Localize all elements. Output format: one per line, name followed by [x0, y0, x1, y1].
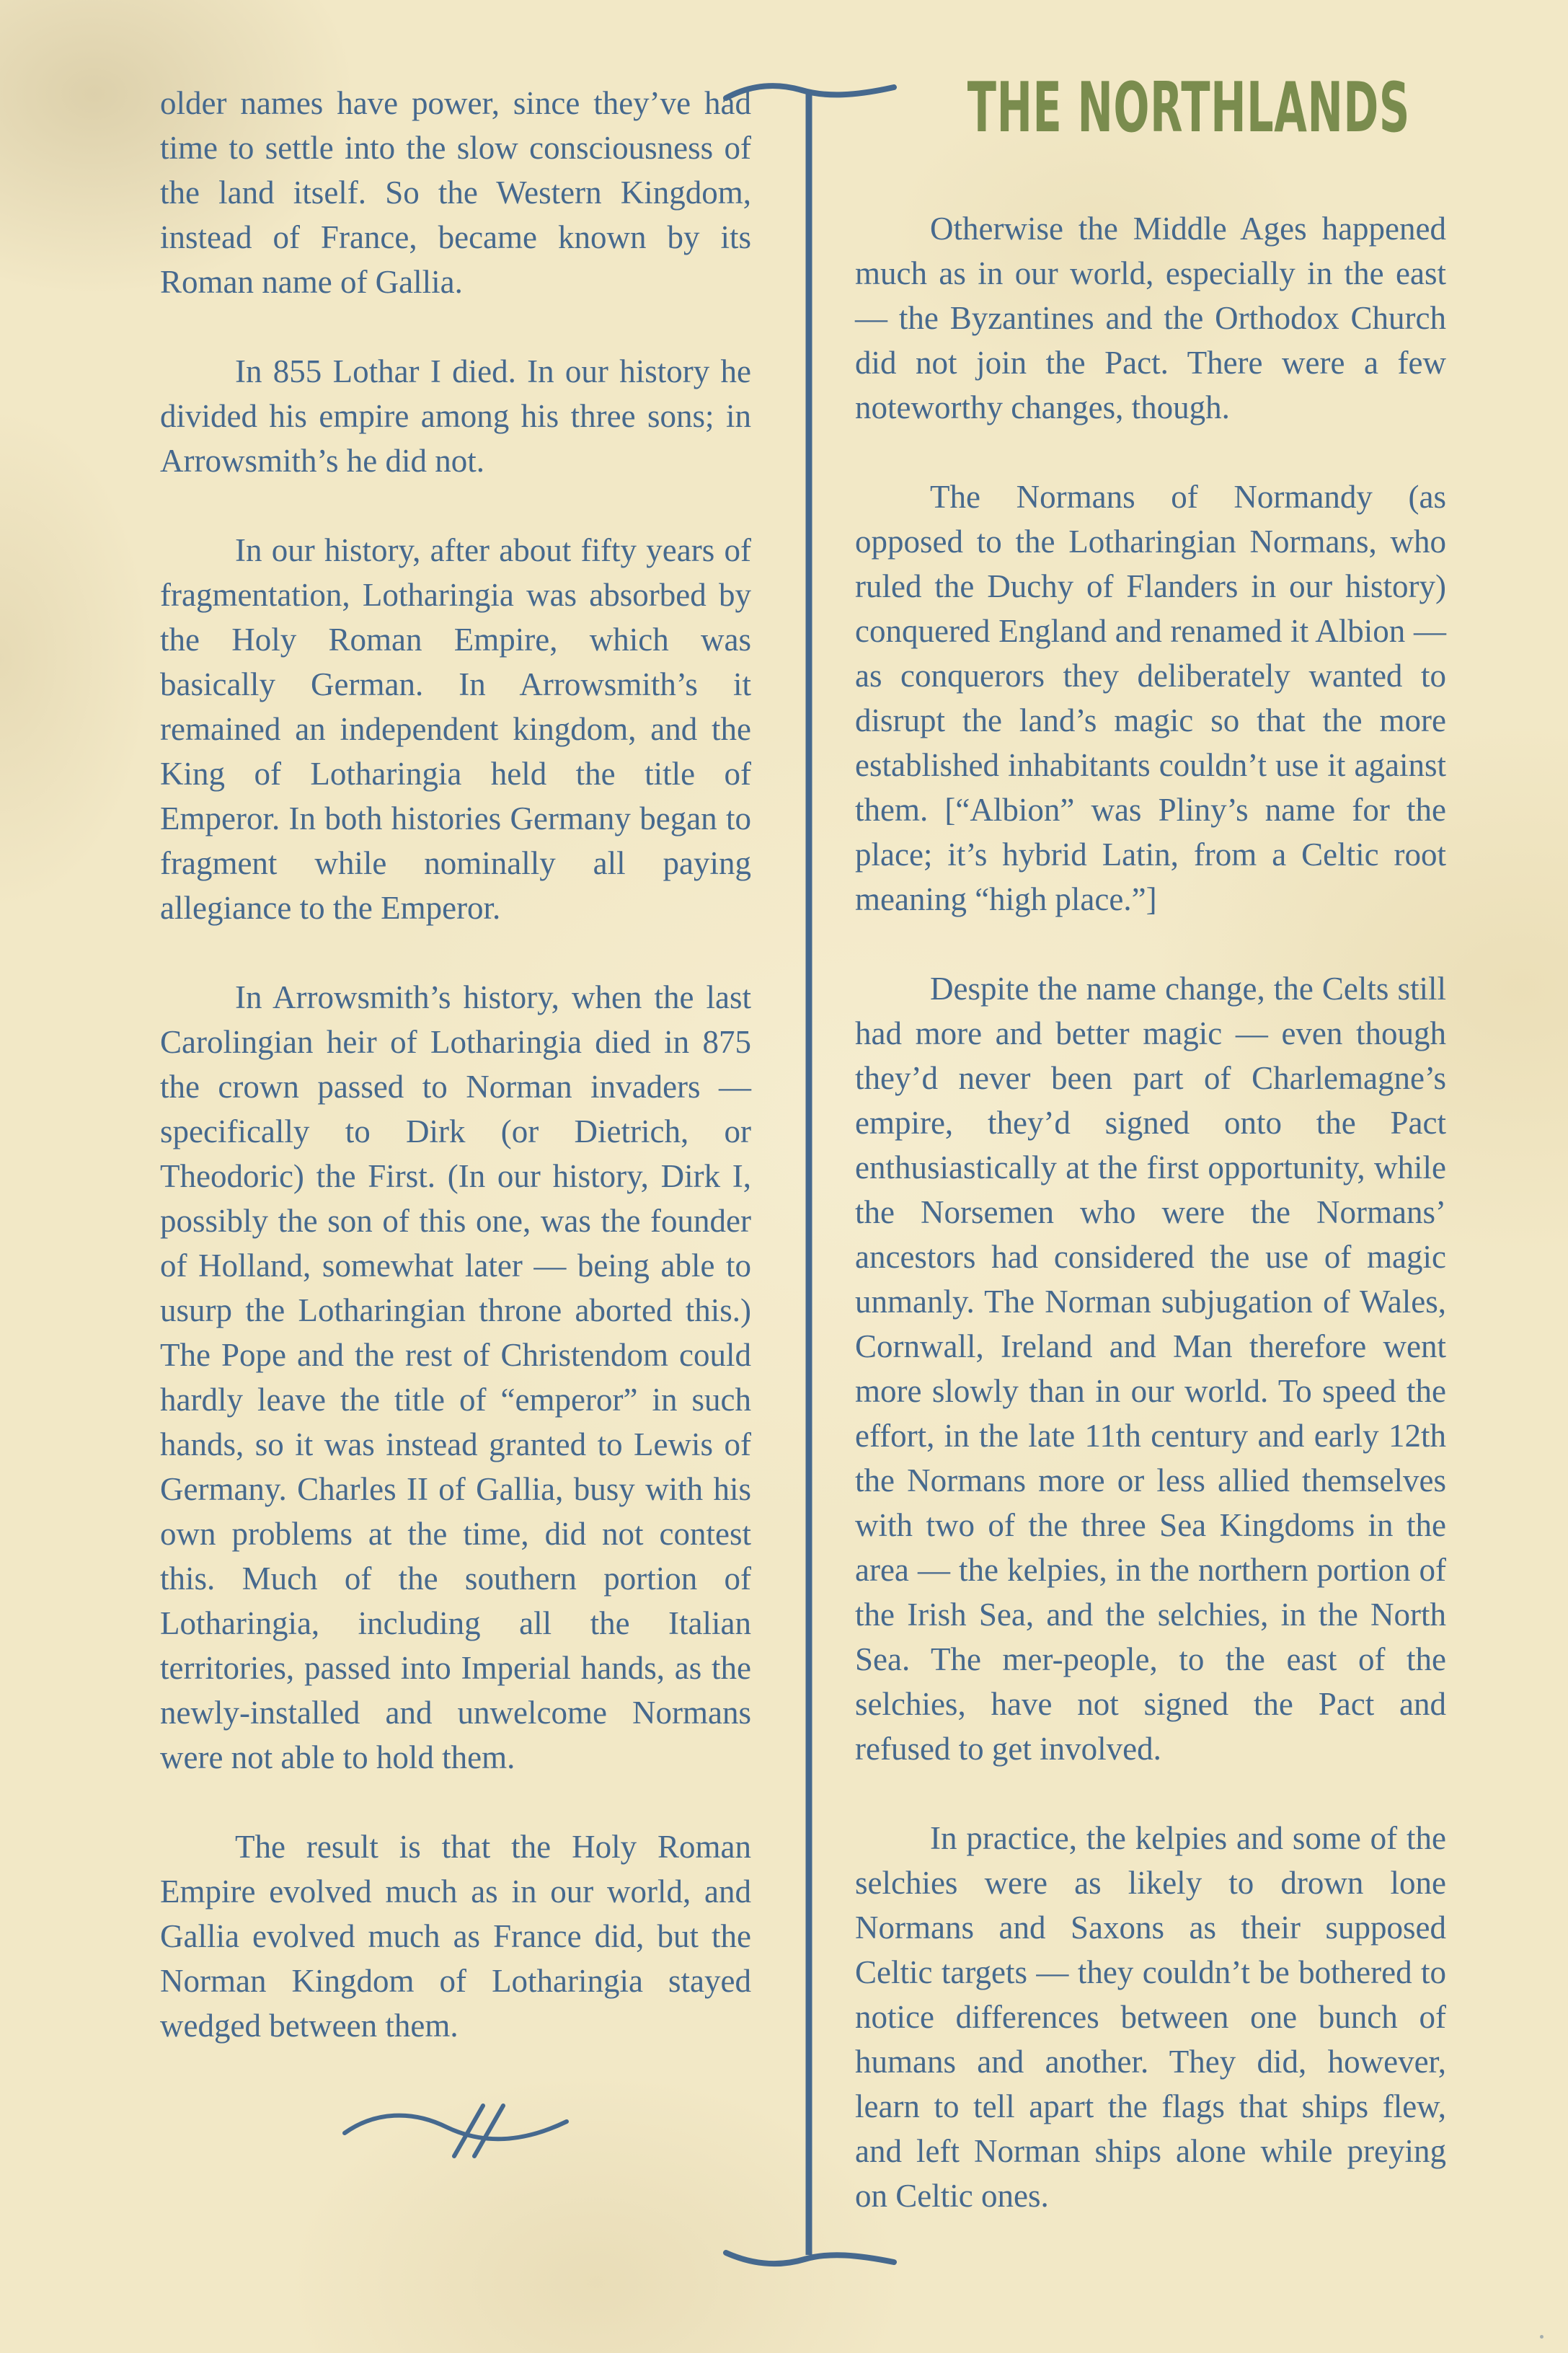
paragraph: In Arrowsmith’s history, when the last C… — [160, 975, 751, 1780]
paragraph: older names have power, since they’ve ha… — [160, 81, 751, 304]
left-paragraphs: older names have power, since they’ve ha… — [160, 81, 751, 2048]
paragraph: In practice, the kelpies and some of the… — [855, 1816, 1446, 2218]
paragraph: In our history, after about fifty years … — [160, 528, 751, 930]
left-text-column: older names have power, since they’ve ha… — [160, 81, 751, 2164]
paragraph: The Normans of Normandy (as opposed to t… — [855, 474, 1446, 922]
right-paragraphs: Otherwise the Middle Ages happened much … — [855, 206, 1446, 2218]
book-page: older names have power, since they’ve ha… — [0, 0, 1568, 2353]
stray-ink-dot — [1540, 2335, 1543, 2339]
paragraph: Despite the name change, the Celts still… — [855, 966, 1446, 1771]
section-heading: THE NORTHLANDS — [967, 72, 1334, 150]
paragraph: In 855 Lothar I died. In our history he … — [160, 349, 751, 483]
section-end-flourish-icon — [160, 2100, 751, 2164]
right-text-column: THE NORTHLANDS Otherwise the Middle Ages… — [855, 72, 1446, 2218]
paragraph: Otherwise the Middle Ages happened much … — [855, 206, 1446, 430]
paragraph: The result is that the Holy Roman Empire… — [160, 1824, 751, 2048]
